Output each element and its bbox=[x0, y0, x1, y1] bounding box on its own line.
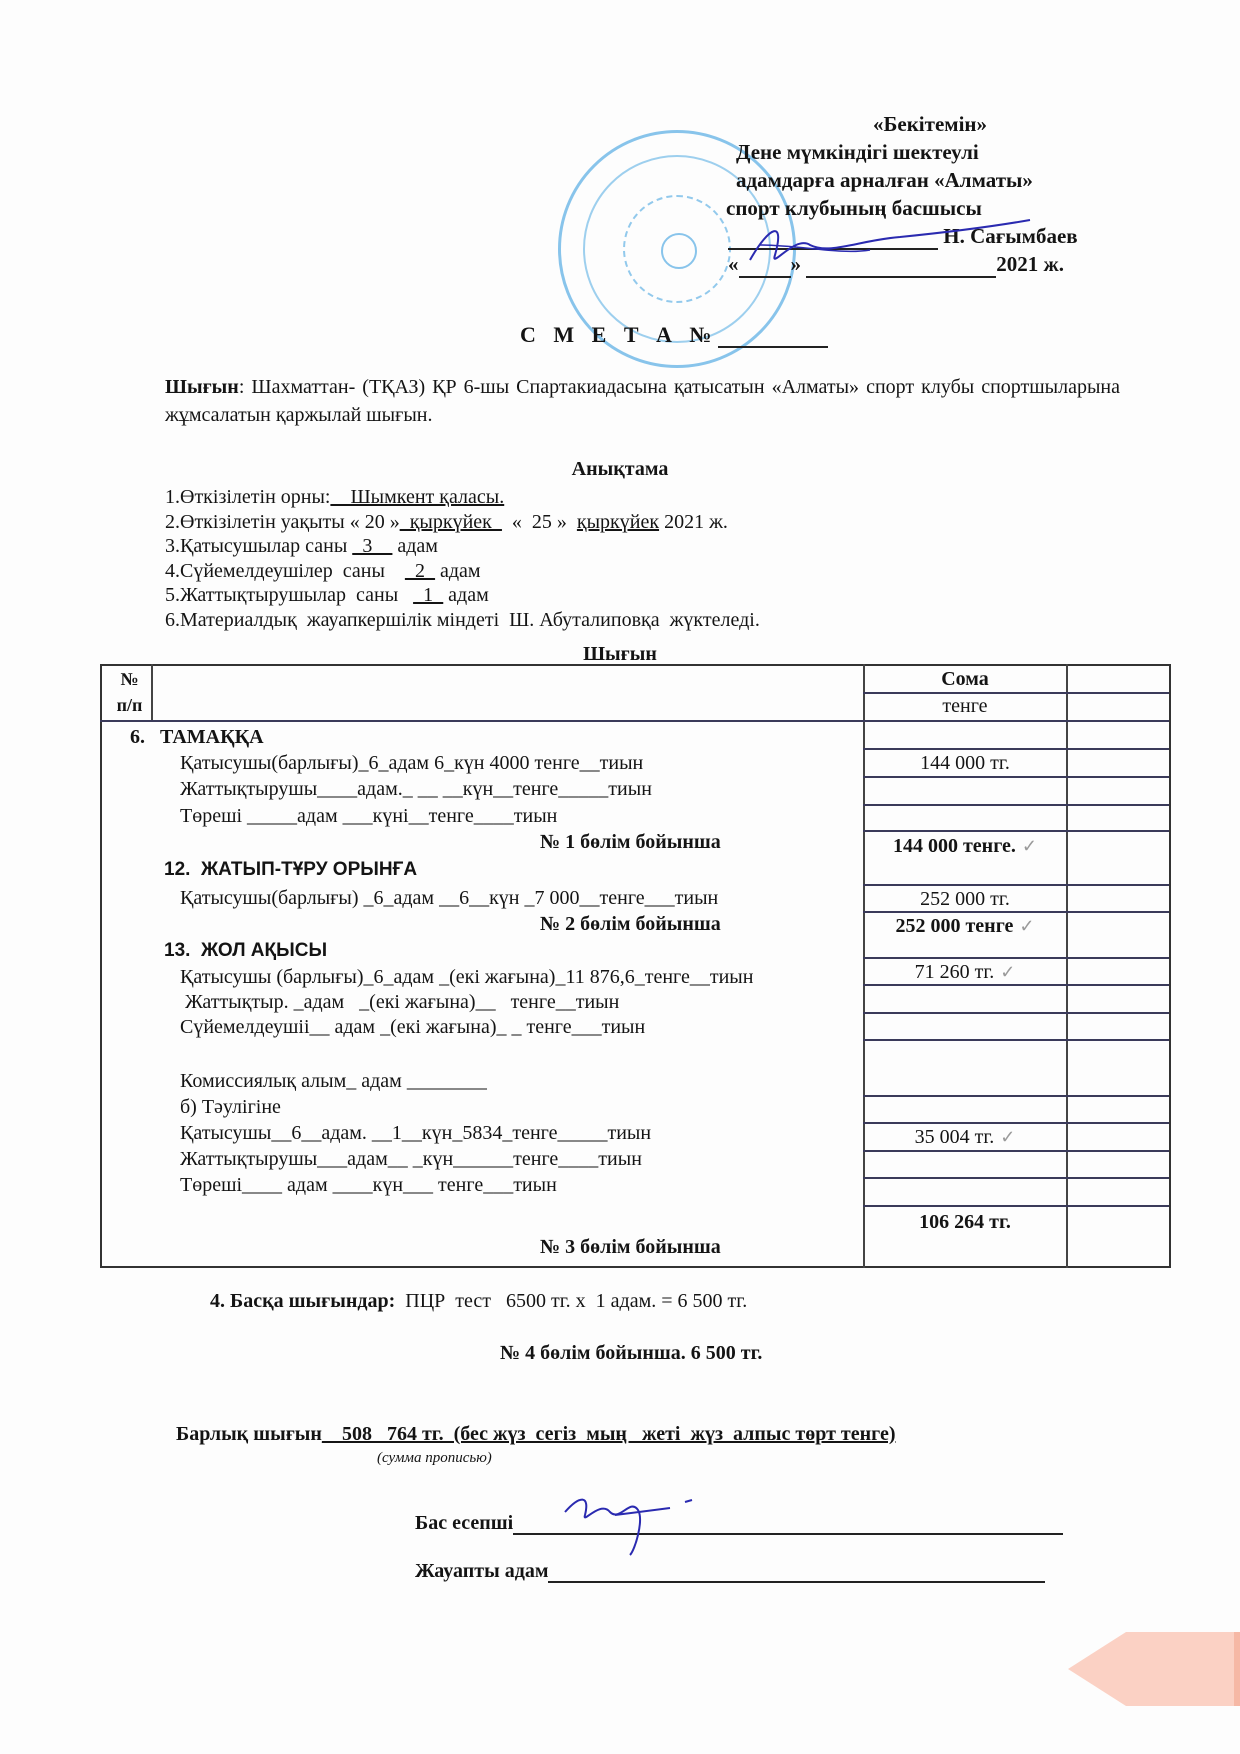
reference-item: 3.Қатысушылар саны _3__ адам bbox=[165, 534, 760, 559]
title-number-blank bbox=[718, 326, 828, 348]
expense-row: Қатысушы(барлығы) _6_адам __6__күн _7 00… bbox=[180, 885, 718, 911]
grand-total-label: Барлық шығын bbox=[176, 1423, 322, 1445]
expense-row: Жаттықтырушы____адам._ __ __күн__тенге__… bbox=[180, 776, 652, 802]
section-title: 12. ЖАТЫП-ТҰРУ ОРЫНҒА bbox=[164, 857, 417, 883]
expense-row: Төреші____ адам ____күн___ тенге___тиын bbox=[180, 1172, 557, 1198]
section-subtotal: 144 000 тенге.✓ bbox=[865, 833, 1065, 859]
reference-title: Анықтама bbox=[0, 458, 1240, 481]
signature-line bbox=[548, 1561, 1045, 1583]
section-subtotal: 106 264 тг. bbox=[865, 1209, 1065, 1235]
accountant-label: Бас есепші bbox=[415, 1512, 513, 1534]
director-signature bbox=[740, 215, 1040, 275]
expense-row: Комиссиялық алым_ адам ________ bbox=[180, 1068, 487, 1094]
purpose-label: Шығын bbox=[165, 376, 239, 398]
reference-item: 5.Жаттықтырушылар саны _1_ адам bbox=[165, 583, 760, 608]
expense-row: б) Тәулігіне bbox=[180, 1094, 281, 1120]
section-subtotal-label: № 3 бөлім бойынша bbox=[540, 1234, 721, 1260]
approval-heading: «Бекітемін» bbox=[730, 110, 1130, 138]
amount-in-words-note: (сумма прописью) bbox=[377, 1450, 492, 1467]
expense-row: Жаттықтырушы___адам__ _күн______тенге___… bbox=[180, 1146, 642, 1172]
reference-item: 1.Өткізілетін орны:__Шымкент қаласы. bbox=[165, 485, 760, 510]
section-title: 13. ЖОЛ АҚЫСЫ bbox=[164, 938, 327, 964]
expenses-table: №п/п Сома тенге 6. ТАМАҚҚА Қатысушы(барл… bbox=[100, 664, 1171, 1268]
check-mark-icon: ✓ bbox=[1019, 916, 1034, 936]
expenses-title: Шығын bbox=[0, 643, 1240, 666]
other-expenses-text: ПЦР тест 6500 тг. х 1 адам. = 6 500 тг. bbox=[395, 1290, 747, 1312]
column-header-currency: тенге bbox=[865, 693, 1065, 719]
expense-row: Сүйемелдеушіі__ адам _(екі жағына)_ _ те… bbox=[180, 1014, 645, 1040]
other-expenses: 4. Басқа шығындар: ПЦР тест 6500 тг. х 1… bbox=[210, 1290, 747, 1313]
responsible-label: Жауапты адам bbox=[415, 1560, 548, 1582]
expense-row: Қатысушы__6__адам. __1__күн_5834_тенге__… bbox=[180, 1120, 651, 1146]
purpose-paragraph: Шығын: Шахматтан- (ТҚАЗ) ҚР 6-шы Спартак… bbox=[165, 373, 1120, 429]
check-mark-icon: ✓ bbox=[1000, 962, 1015, 982]
expense-row: Төреші _____адам ___күні__тенге____тиын bbox=[180, 803, 557, 829]
reference-item: 6.Материалдық жауапкершілік міндеті Ш. А… bbox=[165, 608, 760, 633]
sticky-tab-icon bbox=[1068, 1632, 1240, 1706]
stamp-emblem-icon bbox=[661, 233, 697, 269]
reference-item: 2.Өткізілетін уақыты « 20 »_қыркүйек_ « … bbox=[165, 510, 760, 535]
accountant-signature bbox=[560, 1490, 700, 1560]
column-header-number: №п/п bbox=[102, 666, 157, 718]
section4-subtotal: № 4 бөлім бойынша. 6 500 тг. bbox=[500, 1342, 762, 1365]
check-mark-icon: ✓ bbox=[1000, 1127, 1015, 1147]
expense-amount: 71 260 тг.✓ bbox=[865, 959, 1065, 985]
section-subtotal-label: № 1 бөлім бойынша bbox=[540, 829, 721, 855]
check-mark-icon: ✓ bbox=[1022, 836, 1037, 856]
expense-row: Қатысушы (барлығы)_6_адам _(екі жағына)_… bbox=[180, 964, 753, 990]
other-expenses-label: 4. Басқа шығындар: bbox=[210, 1290, 395, 1312]
accountant-signature-row: Бас есепші bbox=[415, 1512, 1063, 1535]
section-title: 6. ТАМАҚҚА bbox=[130, 724, 264, 750]
expense-amount: 35 004 тг.✓ bbox=[865, 1124, 1065, 1150]
grand-total: Барлық шығын__508 764 тг. (бес жүз сегіз… bbox=[176, 1423, 896, 1446]
section-subtotal-label: № 2 бөлім бойынша bbox=[540, 911, 721, 937]
expense-row: Жаттықтыр. _адам _(екі жағына)__ тенге__… bbox=[180, 989, 619, 1015]
title-text: С М Е Т А № bbox=[520, 322, 718, 347]
responsible-signature-row: Жауапты адам bbox=[415, 1560, 1045, 1583]
purpose-text: : Шахматтан- (ТҚАЗ) ҚР 6-шы Спартакиадас… bbox=[165, 376, 1120, 426]
date-quote-open: « bbox=[728, 252, 739, 276]
grand-total-value: __508 764 тг. (бес жүз сегіз мың жеті жү… bbox=[322, 1423, 896, 1445]
section-subtotal: 252 000 тенге✓ bbox=[865, 913, 1065, 939]
expense-amount: 144 000 тг. bbox=[865, 750, 1065, 776]
expense-row: Қатысушы(барлығы)_6_адам 6_күн 4000 тенг… bbox=[180, 750, 643, 776]
reference-list: 1.Өткізілетін орны:__Шымкент қаласы. 2.Ө… bbox=[165, 485, 760, 632]
expense-amount: 252 000 тг. bbox=[865, 886, 1065, 912]
document-title: С М Е Т А № bbox=[520, 322, 828, 348]
reference-item: 4.Сүйемелдеушілер саны _2_ адам bbox=[165, 559, 760, 584]
approval-line: адамдарға арналған «Алматы» bbox=[730, 166, 1130, 194]
column-header-sum: Сома bbox=[865, 666, 1065, 692]
approval-line: Дене мүмкіндігі шектеулі bbox=[730, 138, 1130, 166]
